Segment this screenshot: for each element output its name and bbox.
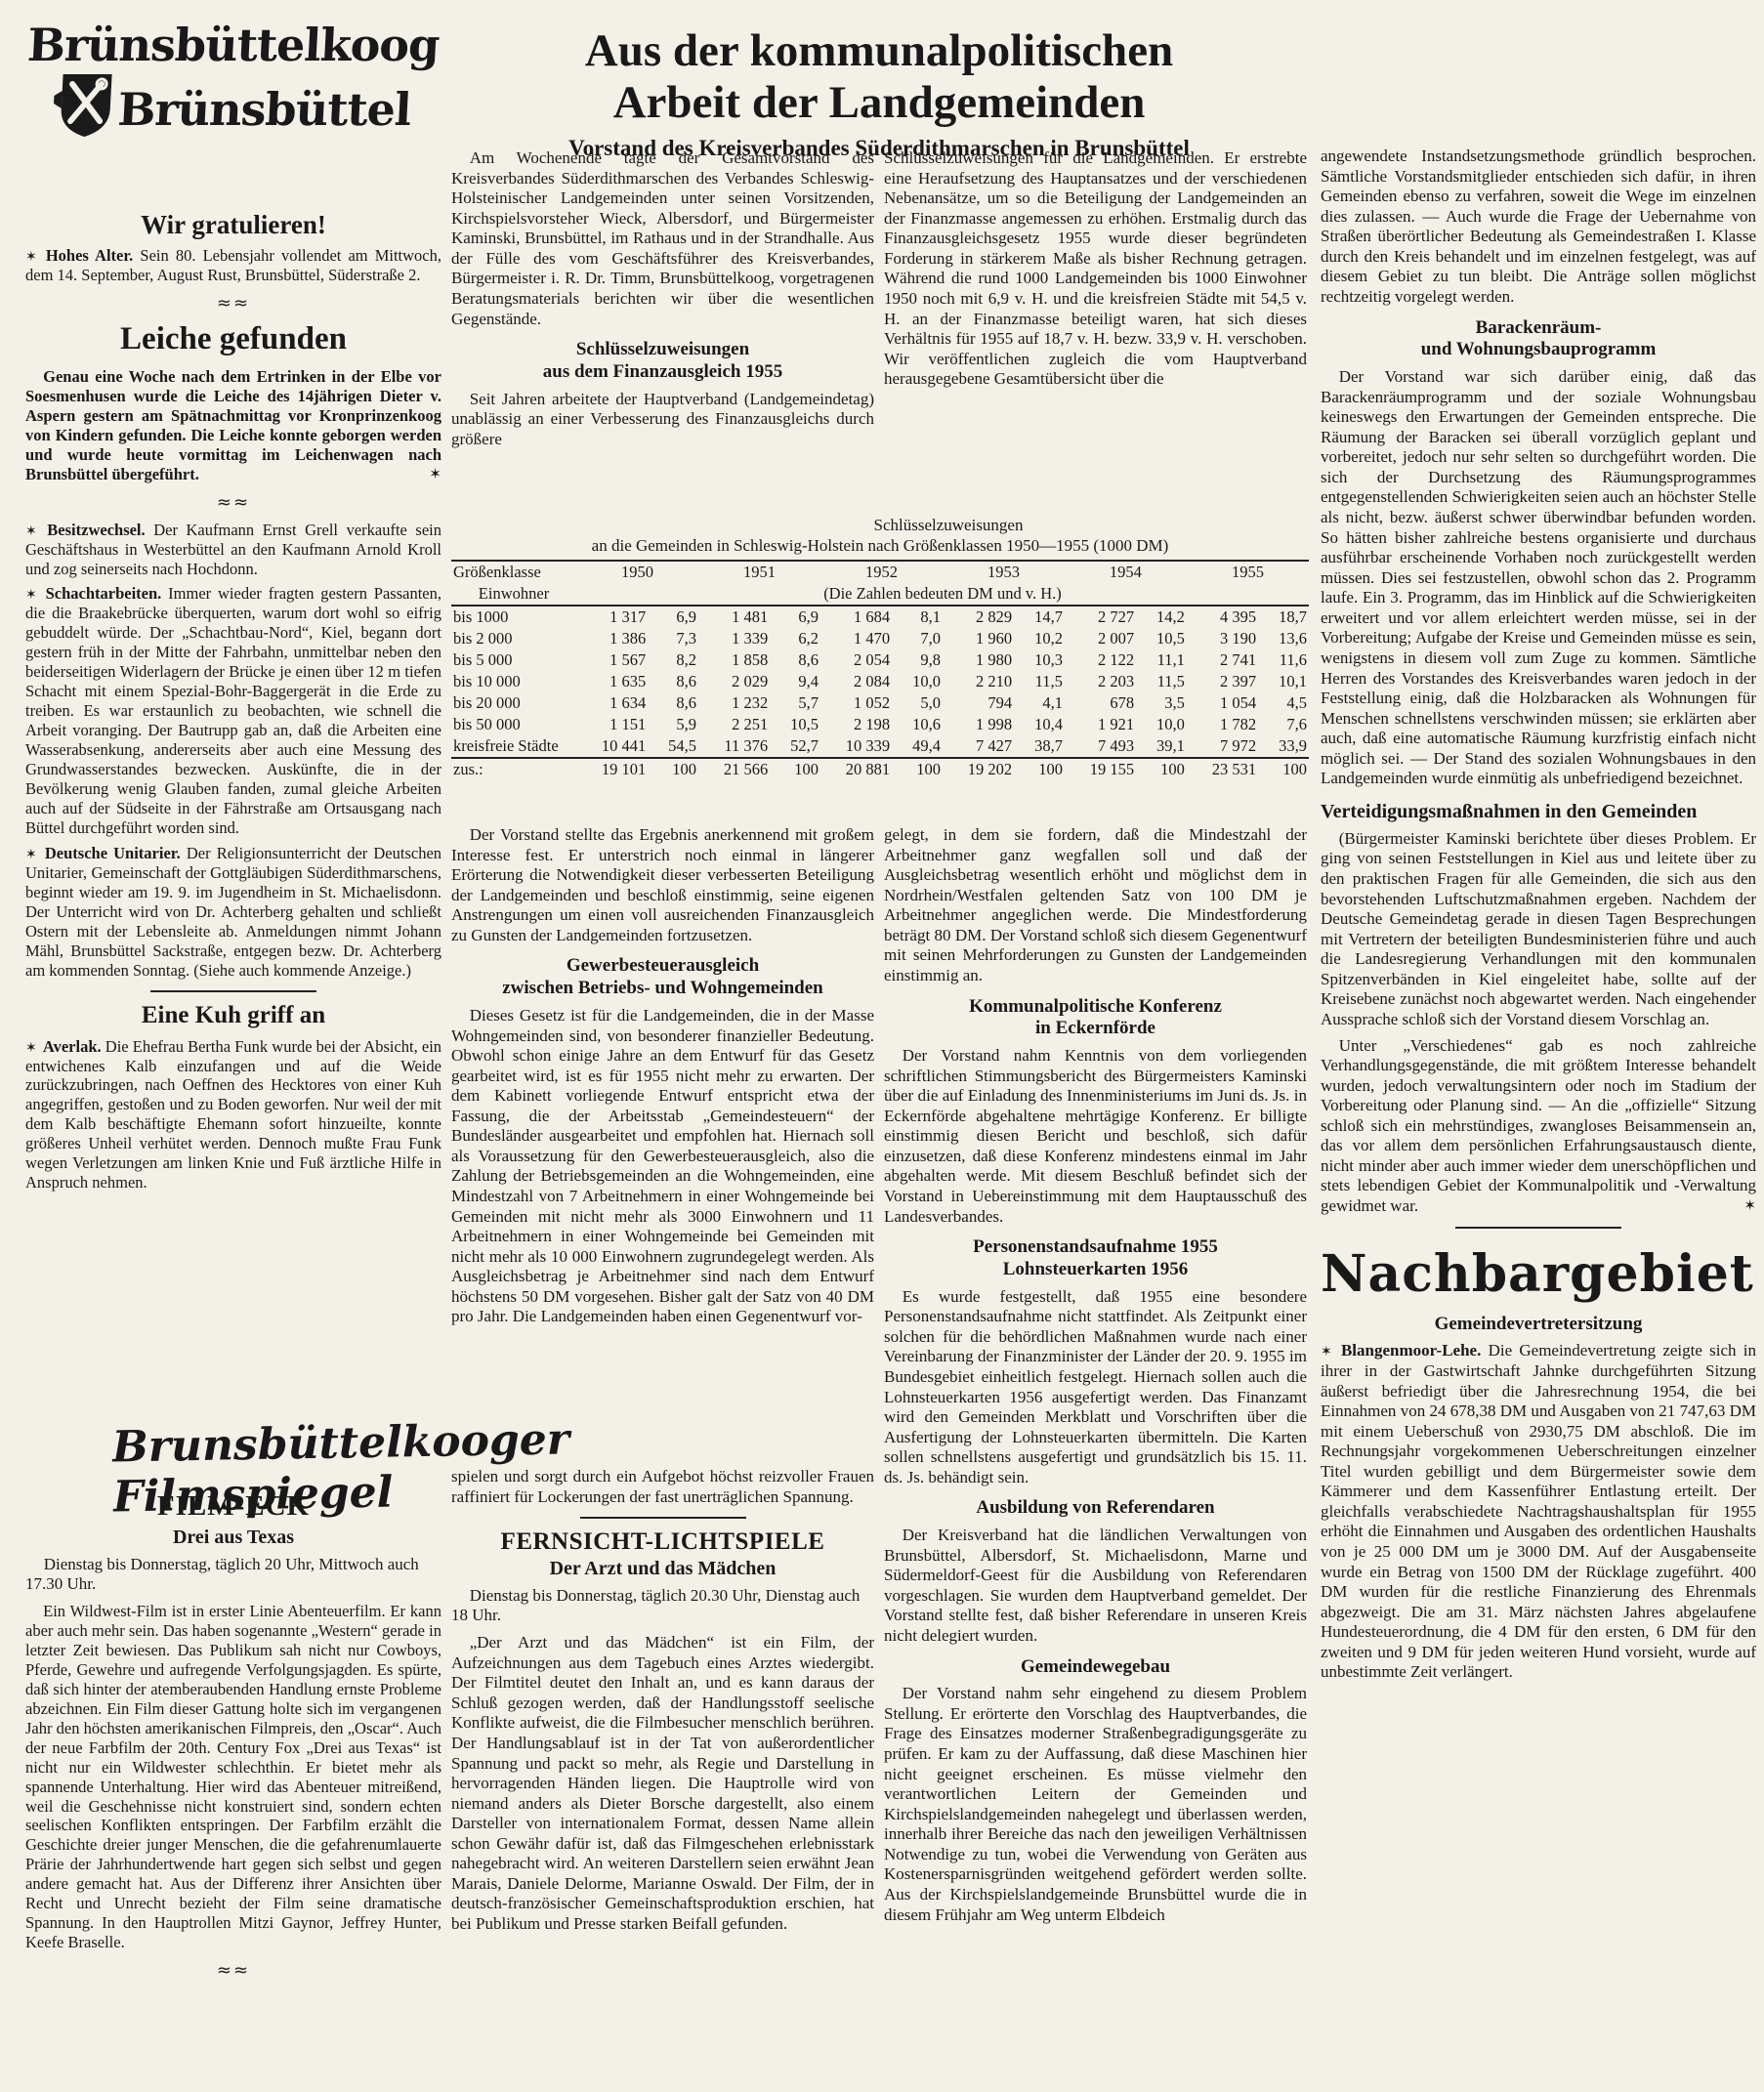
referendare-paragraph: Der Kreisverband hat die ländlichen Verw… [884,1526,1307,1646]
table-cell: 8,6 [648,692,698,714]
table-cell: 11,5 [1136,671,1187,692]
allocation-table-foot: zus.:19 10110021 56610020 88110019 20210… [451,758,1309,780]
table-cell: 7 493 [1065,735,1136,758]
table-cell: 2 210 [943,671,1014,692]
table-cell: 100 [1258,758,1309,780]
intro-paragraph: Am Wochenende tagte der Gesamtvorstand d… [451,148,874,329]
section-rule [1455,1227,1621,1229]
allocation-table-body: bis 10001 3176,91 4816,91 6848,12 82914,… [451,606,1309,758]
table-cell: 2 054 [820,649,892,671]
gemeindewegebau-heading: Gemeindewegebau [884,1656,1307,1679]
table-row: bis 2 0001 3867,31 3396,21 4707,01 96010… [451,628,1309,649]
year-header: 1951 [698,561,820,583]
table-cell: 54,5 [648,735,698,758]
film-mid-column: spielen und sorgt durch ein Aufgebot höc… [451,1467,874,2086]
table-row: kreisfreie Städte10 44154,511 37652,710 … [451,735,1309,758]
table-cell: 2 084 [820,671,892,692]
star-icon: ✶ [25,1040,39,1056]
table-row: bis 50 0001 1515,92 25110,52 19810,61 99… [451,714,1309,735]
table-cell: 6,9 [648,606,698,628]
table-cell: 100 [770,758,820,780]
table-cell: 1 232 [698,692,770,714]
table-cell: 1 960 [943,628,1014,649]
table-cell: 4,5 [1258,692,1309,714]
section-rule [150,990,316,992]
verteidigung-heading: Verteidigungsmaßnahmen in den Gemeinden [1321,801,1756,823]
table-cell: 4 395 [1187,606,1258,628]
table-cell: 678 [1065,692,1136,714]
leiche-text-body: Genau eine Woche nach dem Ertrinken in d… [25,367,441,483]
table-cell: 4,1 [1014,692,1065,714]
leiche-heading: Leiche gefunden [25,321,441,357]
year-header: 1952 [820,561,943,583]
personenstand-heading-line2: Lohnsteuerkarten 1956 [1003,1259,1188,1279]
table-cell: 2 397 [1187,671,1258,692]
table-cell: 100 [892,758,943,780]
table-cell: 39,1 [1136,735,1187,758]
film-continuation-paragraph: spielen und sorgt durch ein Aufgebot höc… [451,1467,874,1507]
table-cell: 1 980 [943,649,1014,671]
table-cell: 1 684 [820,606,892,628]
allocation-table: Größenklasse 1950 1951 1952 1953 1954 19… [451,560,1309,780]
schachtarbeiten-lead: Schachtarbeiten. [46,584,162,603]
table-cell: 10,5 [770,714,820,735]
star-icon: ✶ [25,847,39,862]
star-icon: ✶ [25,249,39,265]
masthead-title-line1: Brünsbüttelkoog [26,21,449,68]
finanzausgleich-heading-line1: Schlüsselzuweisungen [576,339,749,359]
vorstand-ergebnis-paragraph: Der Vorstand stellte das Ergebnis anerke… [451,825,874,945]
year-header: 1953 [943,561,1065,583]
main-headline-line1: Aus der kommunalpolitischen [449,25,1309,77]
table-cell: 6,9 [770,606,820,628]
allocation-table-section: Schlüsselzuweisungen an die Gemeinden in… [451,516,1309,820]
table-cell: 7,6 [1258,714,1309,735]
main-headline-line2: Arbeit der Landgemeinden [449,77,1309,129]
table-cell: 38,7 [1014,735,1065,758]
gewerbesteuer-heading-line1: Gewerbesteuerausgleich [567,955,759,976]
table-cell: 100 [1136,758,1187,780]
star-icon: ✶ [1726,1196,1756,1214]
table-cell: 2 727 [1065,606,1136,628]
unitarier-lead: Deutsche Unitarier. [45,844,181,862]
article-column-a-upper: Am Wochenende tagte der Gesamtvorstand d… [451,148,874,516]
table-cell: 5,7 [770,692,820,714]
baracken-heading-line2: und Wohnungsbauprogramm [1421,339,1657,359]
baracken-heading: Barackenräum- und Wohnungsbauprogramm [1321,317,1756,362]
finanzausgleich-heading: Schlüsselzuweisungen aus dem Finanzausgl… [451,339,874,384]
table-cell: 794 [943,692,1014,714]
table-cell: 10 441 [576,735,648,758]
schachtarbeiten-brief: ✶ Schachtarbeiten. Immer wieder fragten … [25,584,441,837]
table-row: bis 10 0001 6358,62 0299,42 08410,02 210… [451,671,1309,692]
table-note-row: Einwohner (Die Zahlen bedeuten DM und v.… [451,583,1309,606]
star-icon: ✶ [25,523,39,539]
row-label: bis 2 000 [451,628,576,649]
table-cell: 10,0 [1136,714,1187,735]
alter-brief: ✶ Hohes Alter. Sein 80. Lebensjahr volle… [25,246,441,285]
konferenz-heading-line1: Kommunalpolitische Konferenz [969,996,1222,1017]
table-cell: 100 [648,758,698,780]
table-cell: 49,4 [892,735,943,758]
arzt-maedchen-title: Der Arzt und das Mädchen [451,1558,874,1580]
year-header: 1950 [576,561,698,583]
table-row: zus.:19 10110021 56610020 88110019 20210… [451,758,1309,780]
drei-aus-texas-title: Drei aus Texas [25,1527,441,1549]
table-caption-line1: Schlüsselzuweisungen [588,516,1309,535]
table-cell: 1 339 [698,628,770,649]
table-cell: 9,4 [770,671,820,692]
right-column: angewendete Instandsetzungsmethode gründ… [1321,146,1756,2092]
table-cell: 14,7 [1014,606,1065,628]
gewerbesteuer-heading-line2: zwischen Betriebs- und Wohngemeinden [502,978,823,998]
averlak-text: Die Ehefrau Bertha Funk wurde bei der Ab… [25,1037,441,1192]
besitzwechsel-brief: ✶ Besitzwechsel. Der Kaufmann Ernst Grel… [25,521,441,579]
unitarier-text: Der Religionsunterricht der Deutschen Un… [25,844,441,980]
table-cell: 7 972 [1187,735,1258,758]
table-row: bis 10001 3176,91 4816,91 6848,12 82914,… [451,606,1309,628]
section-rule [580,1517,746,1519]
instandsetzung-paragraph: angewendete Instandsetzungsmethode gründ… [1321,146,1756,308]
row-label: bis 1000 [451,606,576,628]
table-cell: 1 858 [698,649,770,671]
table-cell: 1 782 [1187,714,1258,735]
alter-lead: Hohes Alter. [46,246,133,265]
table-cell: 7 427 [943,735,1014,758]
table-cell: 19 155 [1065,758,1136,780]
table-cell: 10,4 [1014,714,1065,735]
table-cell: 5,9 [648,714,698,735]
verschiedenes-text: Unter „Verschiedenes“ gab es noch zahlre… [1321,1036,1756,1216]
blangenmoor-text: Die Gemeindevertretung zeigte sich in ih… [1321,1341,1756,1681]
blangenmoor-brief: ✶ Blangenmoor-Lehe. Die Gemeindevertretu… [1321,1341,1756,1683]
table-caption-line2: an die Gemeinden in Schleswig-Holstein n… [451,536,1309,556]
table-cell: 19 202 [943,758,1014,780]
table-cell: 2 007 [1065,628,1136,649]
gratulieren-heading: Wir gratulieren! [25,210,441,240]
table-cell: 1 052 [820,692,892,714]
table-cell: 1 317 [576,606,648,628]
table-cell: 10,5 [1136,628,1187,649]
table-cell: 3 190 [1187,628,1258,649]
baracken-heading-line1: Barackenräum- [1476,317,1602,338]
table-cell: 1 634 [576,692,648,714]
table-cell: 10,6 [892,714,943,735]
fernsicht-showtimes: Dienstag bis Donnerstag, täglich 20.30 U… [451,1586,874,1625]
main-article-header: Aus der kommunalpolitischen Arbeit der L… [449,25,1309,161]
verteidigung-paragraph: (Bürgermeister Kaminski berichtete über … [1321,829,1756,1030]
gegenentwurf-paragraph: gelegt, in dem sie fordern, daß die Mind… [884,825,1307,986]
row-label: bis 50 000 [451,714,576,735]
table-cell: 13,6 [1258,628,1309,649]
star-icon: ✶ [1321,1344,1334,1360]
schachtarbeiten-text: Immer wieder fragten gestern Passanten, … [25,584,441,836]
konferenz-heading-line2: in Eckernförde [1035,1018,1155,1038]
table-corner-label: Größenklasse [451,561,576,583]
table-cell: 10,2 [1014,628,1065,649]
table-cell: 10 339 [820,735,892,758]
fernsicht-review: „Der Arzt und das Mädchen“ ist ein Film,… [451,1633,874,1934]
kuh-heading: Eine Kuh griff an [25,1002,441,1029]
schluessel-continuation-paragraph: Schlüsselzuweisungen für die Landgemeind… [884,148,1307,390]
table-cell: 1 054 [1187,692,1258,714]
averlak-lead: Averlak. [43,1037,102,1056]
table-cell: 1 151 [576,714,648,735]
table-cell: 8,1 [892,606,943,628]
table-cell: 33,9 [1258,735,1309,758]
besitzwechsel-lead: Besitzwechsel. [47,521,145,539]
leiche-text: Genau eine Woche nach dem Ertrinken in d… [25,367,441,484]
table-corner-label2: Einwohner [451,583,576,606]
table-cell: 2 829 [943,606,1014,628]
verschiedenes-paragraph: Unter „Verschiedenes“ gab es noch zahlre… [1321,1036,1756,1217]
town-crest-icon [50,68,114,149]
year-header: 1954 [1065,561,1187,583]
article-column-b-lower: gelegt, in dem sie fordern, daß die Mind… [884,825,1307,2085]
table-row: bis 20 0001 6348,61 2325,71 0525,07944,1… [451,692,1309,714]
personenstand-heading: Personenstandsaufnahme 1955 Lohnsteuerka… [884,1236,1307,1281]
finanzausgleich-paragraph: Seit Jahren arbeitete der Hauptverband (… [451,390,874,450]
table-cell: 1 921 [1065,714,1136,735]
table-cell: 2 203 [1065,671,1136,692]
table-cell: 10,3 [1014,649,1065,671]
table-cell: 2 122 [1065,649,1136,671]
star-icon: ✶ [25,587,39,603]
star-icon: ✶ [411,465,441,482]
table-cell: 11 376 [698,735,770,758]
referendare-heading: Ausbildung von Referendaren [884,1497,1307,1520]
table-cell: 7,0 [892,628,943,649]
table-cell: 2 251 [698,714,770,735]
table-cell: 5,0 [892,692,943,714]
row-label: bis 10 000 [451,671,576,692]
table-cell: 8,2 [648,649,698,671]
film-eck-review: Ein Wildwest-Film ist in erster Linie Ab… [25,1602,441,1952]
newspaper-page: { "icons": { "star": "✶", "wavy": "≈≈", … [0,0,1764,2092]
table-cell: 1 386 [576,628,648,649]
wavy-divider-icon: ≈≈ [25,492,441,513]
table-cell: 2 029 [698,671,770,692]
table-cell: 7,3 [648,628,698,649]
table-cell: 2 198 [820,714,892,735]
table-cell: 21 566 [698,758,770,780]
wavy-divider-icon: ≈≈ [25,293,441,314]
table-cell: 11,5 [1014,671,1065,692]
table-cell: 3,5 [1136,692,1187,714]
table-cell: 14,2 [1136,606,1187,628]
row-label: kreisfreie Städte [451,735,576,758]
personenstand-heading-line1: Personenstandsaufnahme 1955 [973,1236,1218,1257]
table-cell: 11,1 [1136,649,1187,671]
article-column-b-upper: Schlüsselzuweisungen für die Landgemeind… [884,148,1307,516]
table-cell: 10,1 [1258,671,1309,692]
table-year-header-row: Größenklasse 1950 1951 1952 1953 1954 19… [451,561,1309,583]
table-cell: 100 [1014,758,1065,780]
gewerbesteuer-heading: Gewerbesteuerausgleich zwischen Betriebs… [451,955,874,1000]
table-cell: 1 998 [943,714,1014,735]
konferenz-heading: Kommunalpolitische Konferenz in Eckernfö… [884,996,1307,1041]
row-label: bis 5 000 [451,649,576,671]
blangenmoor-lead: Blangenmoor-Lehe. [1341,1341,1481,1360]
year-header: 1955 [1187,561,1309,583]
table-cell: 1 635 [576,671,648,692]
row-label: bis 20 000 [451,692,576,714]
table-cell: 8,6 [648,671,698,692]
finanzausgleich-heading-line2: aus dem Finanzausgleich 1955 [543,361,782,382]
table-cell: 6,2 [770,628,820,649]
masthead-title-line2: Brünsbüttel [116,83,412,136]
fernsicht-heading: FERNSICHT-LICHTSPIELE [451,1528,874,1556]
personenstand-paragraph: Es wurde festgestellt, daß 1955 eine bes… [884,1287,1307,1488]
gemeindevertretersitzung-heading: Gemeindevertretersitzung [1321,1314,1756,1336]
table-cell: 23 531 [1187,758,1258,780]
film-eck-showtimes: Dienstag bis Donnerstag, täglich 20 Uhr,… [25,1555,441,1594]
table-cell: 10,0 [892,671,943,692]
table-cell: 20 881 [820,758,892,780]
table-cell: 9,8 [892,649,943,671]
masthead: Brünsbüttelkoog Brünsbüttel [22,21,449,149]
table-cell: 8,6 [770,649,820,671]
gewerbesteuer-paragraph: Dieses Gesetz ist für die Landgemeinden,… [451,1006,874,1327]
table-row: bis 5 0001 5678,21 8588,62 0549,81 98010… [451,649,1309,671]
averlak-brief: ✶ Averlak. Die Ehefrau Bertha Funk wurde… [25,1037,441,1193]
article-column-a-lower: Der Vorstand stellte das Ergebnis anerke… [451,825,874,1423]
table-cell: 1 481 [698,606,770,628]
table-cell: 1 567 [576,649,648,671]
baracken-paragraph: Der Vorstand war sich darüber einig, daß… [1321,367,1756,789]
konferenz-paragraph: Der Vorstand nahm Kenntnis von dem vorli… [884,1046,1307,1227]
allocation-table-header: Größenklasse 1950 1951 1952 1953 1954 19… [451,561,1309,606]
table-cell: 2 741 [1187,649,1258,671]
table-cell: 52,7 [770,735,820,758]
table-units-note: (Die Zahlen bedeuten DM und v. H.) [576,583,1309,606]
gemeindewegebau-paragraph: Der Vorstand nahm sehr eingehend zu dies… [884,1684,1307,1925]
unitarier-brief: ✶ Deutsche Unitarier. Der Religionsunter… [25,844,441,981]
film-eck-heading: FILM-ECK [25,1490,441,1523]
table-cell: 18,7 [1258,606,1309,628]
table-cell: 19 101 [576,758,648,780]
wavy-divider-icon: ≈≈ [25,1960,441,1981]
table-cell: 11,6 [1258,649,1309,671]
table-cell: 1 470 [820,628,892,649]
left-news-column: Wir gratulieren! ✶ Hohes Alter. Sein 80.… [25,200,441,1421]
nachbargebiete-heading: Nachbargebiete [1321,1244,1756,1304]
total-label: zus.: [451,758,576,780]
film-left-column: FILM-ECK Drei aus Texas Dienstag bis Don… [25,1486,441,2086]
